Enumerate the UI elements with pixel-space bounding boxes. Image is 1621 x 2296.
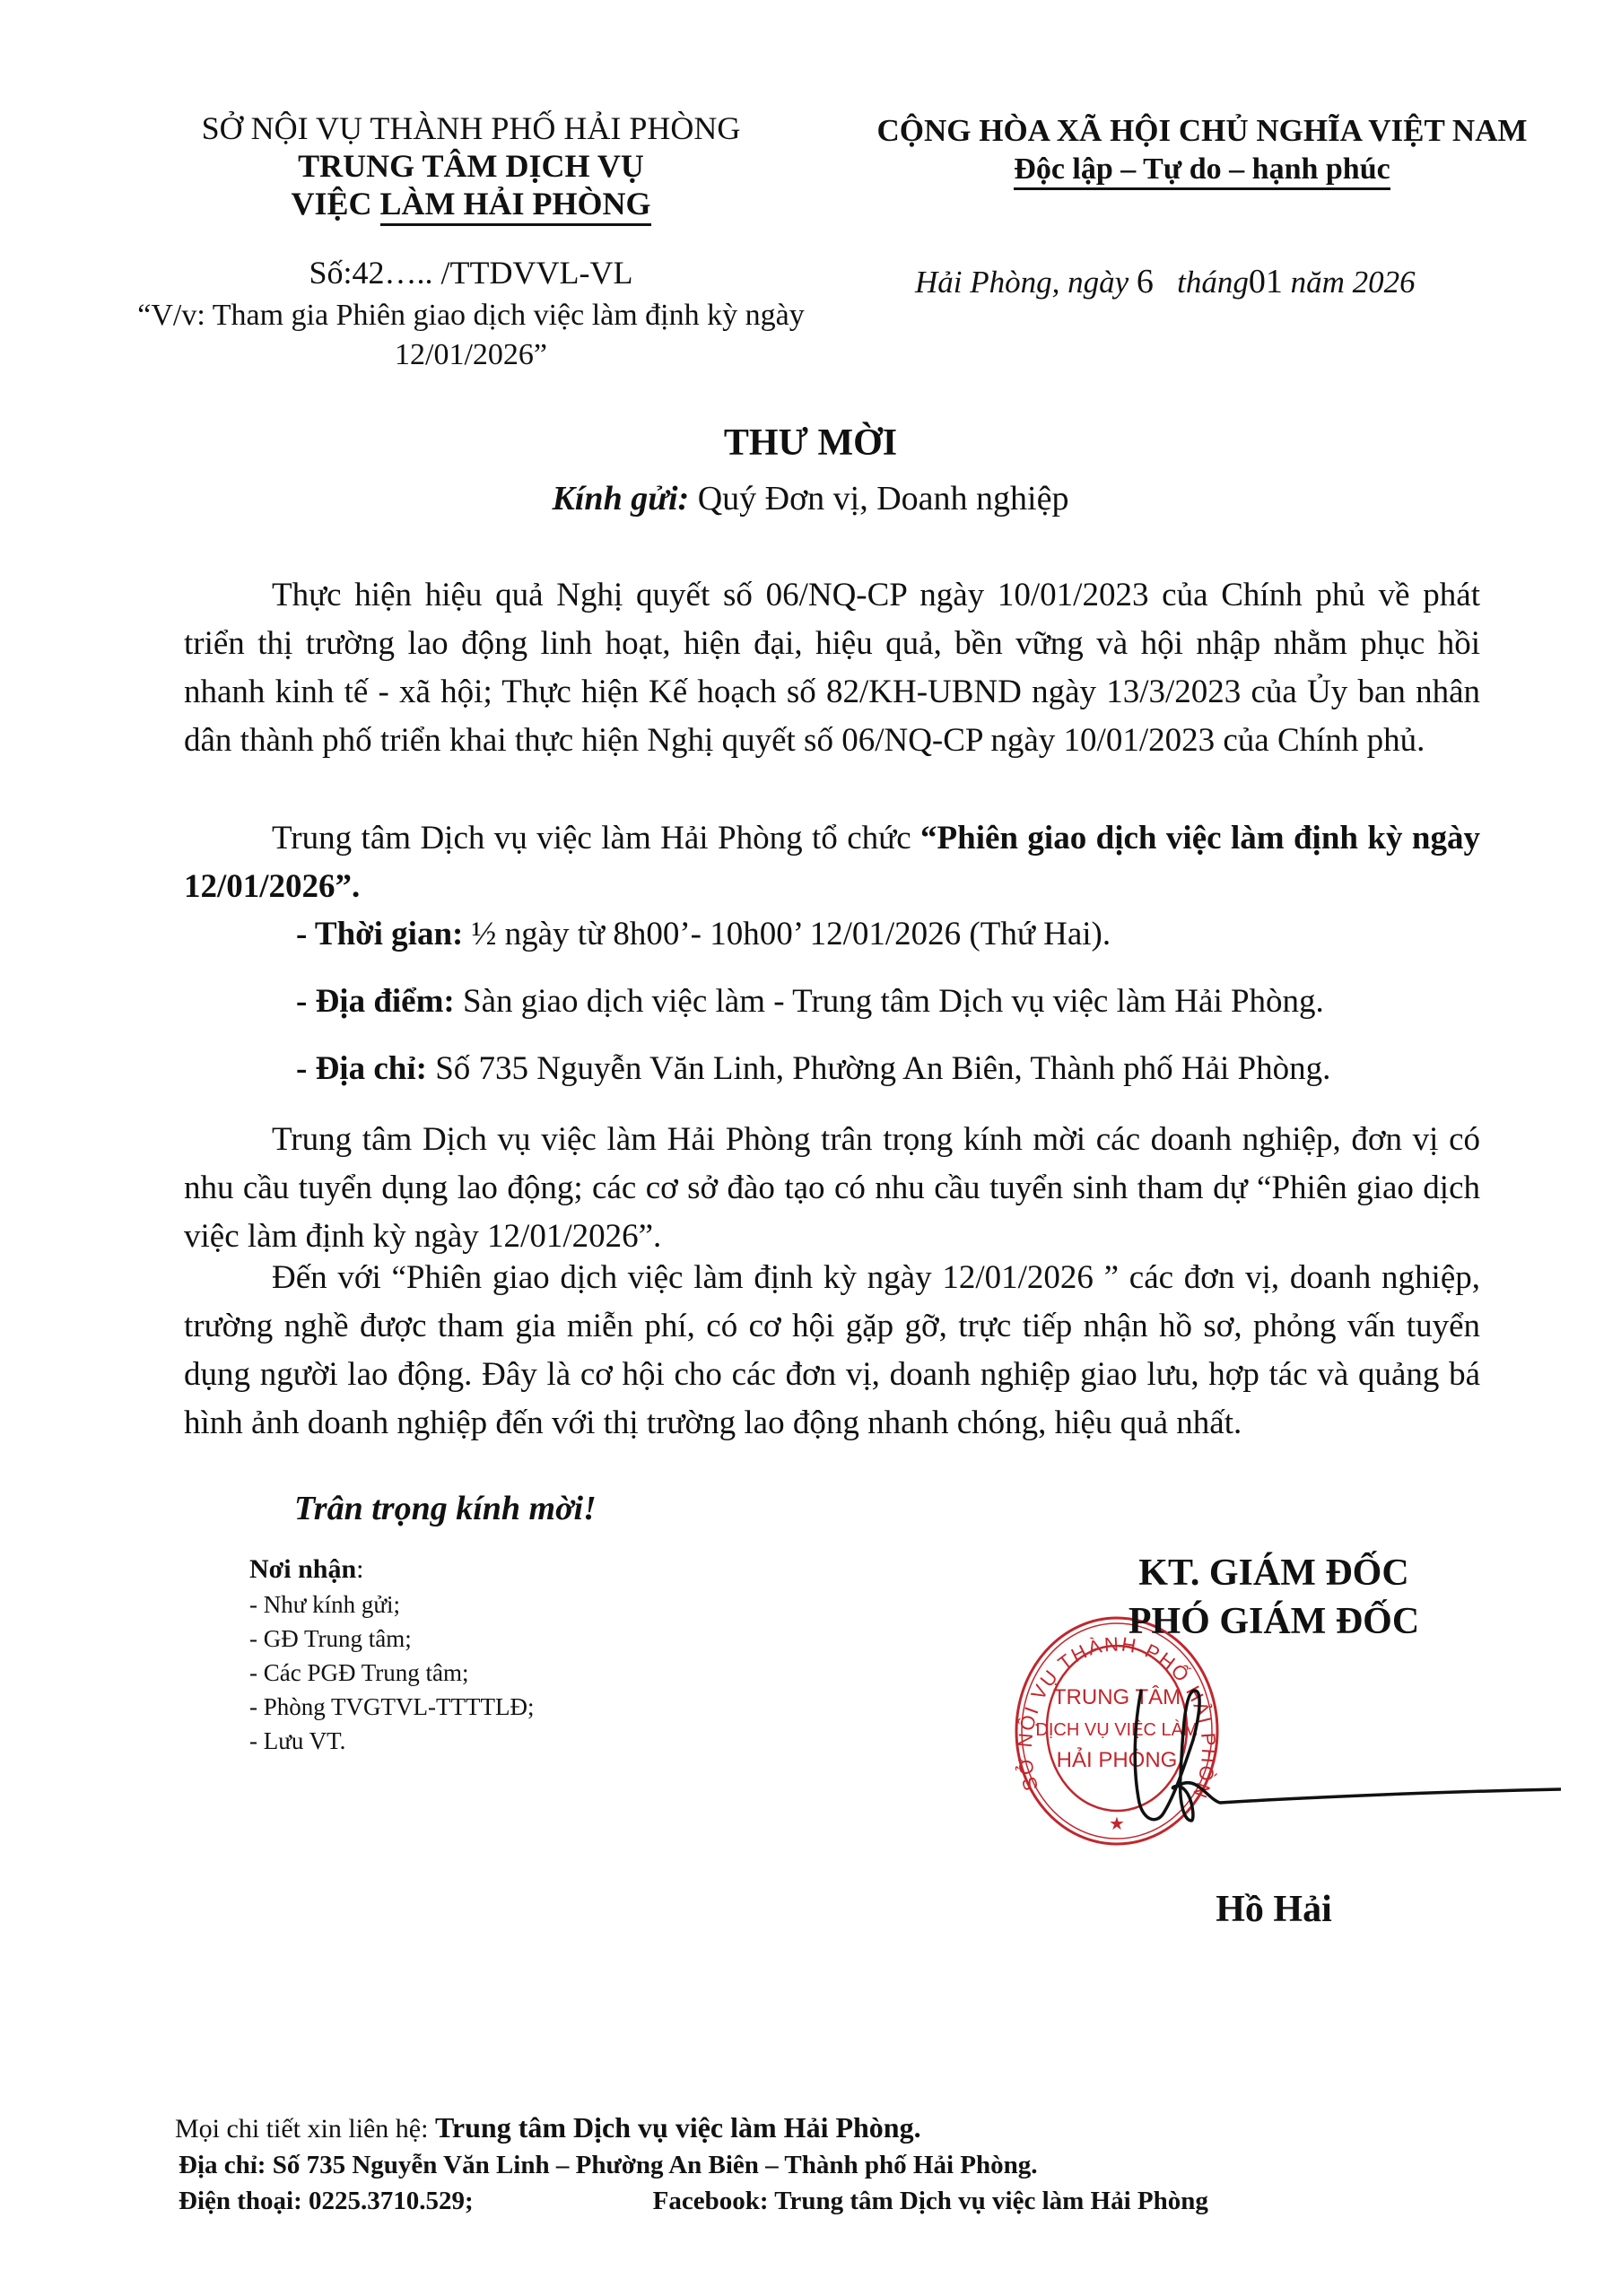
event-address: - Địa chỉ: Số 735 Nguyễn Văn Linh, Phườn…: [296, 1045, 1330, 1093]
contact-facebook: Facebook: Trung tâm Dịch vụ việc làm Hải…: [653, 2183, 1208, 2219]
signer-title-1: KT. GIÁM ĐỐC: [987, 1552, 1561, 1595]
distribution-item: - Phòng TVGTVL-TTTTLĐ;: [249, 1690, 534, 1724]
doc-number-suffix: ….. /TTDVVL-VL: [385, 255, 633, 291]
national-title: CỘNG HÒA XÃ HỘI CHỦ NGHĨA VIỆT NAM: [843, 111, 1561, 151]
national-motto: Độc lập – Tự do – hạnh phúc: [843, 151, 1561, 188]
contact-line: Mọi chi tiết xin liên hệ: Trung tâm Dịch…: [175, 2109, 1208, 2147]
contact-phone: Điện thoại: 0225.3710.529;: [179, 2187, 474, 2215]
signature-icon: [1112, 1686, 1561, 1848]
date-month-label: tháng: [1177, 265, 1249, 300]
signer-name: Hồ Hải: [987, 1888, 1561, 1931]
addressee: Kính gửi: Quý Đơn vị, Doanh nghiệp: [0, 479, 1621, 518]
body-paragraph-3: Trung tâm Dịch vụ việc làm Hải Phòng trâ…: [184, 1116, 1480, 1261]
org-name-line2-prefix: VIỆC: [291, 186, 379, 222]
org-name-line2-underlined: LÀM HẢI PHÒNG: [380, 186, 651, 226]
closing-phrase: Trân trọng kính mời!: [294, 1489, 597, 1528]
date-place: Hải Phòng, ngày: [915, 265, 1129, 300]
national-header: CỘNG HÒA XÃ HỘI CHỦ NGHĨA VIỆT NAM Độc l…: [843, 111, 1561, 188]
org-name-line2: VIỆC LÀM HẢI PHÒNG: [135, 185, 807, 222]
body-paragraph-1: Thực hiện hiệu quả Nghị quyết số 06/NQ-C…: [184, 571, 1480, 765]
distribution-heading: Nơi nhận:: [249, 1552, 534, 1587]
issuing-organization: SỞ NỘI VỤ THÀNH PHỐ HẢI PHÒNG TRUNG TÂM …: [135, 109, 807, 222]
signer-title-2: PHÓ GIÁM ĐỐC: [987, 1600, 1561, 1643]
doc-number-prefix: Số:: [309, 255, 353, 291]
distribution-item: - Các PGĐ Trung tâm;: [249, 1656, 534, 1690]
date-month: 01: [1249, 263, 1283, 300]
contact-address: Địa chỉ: Số 735 Nguyễn Văn Linh – Phường…: [175, 2147, 1208, 2183]
document-number: Số:42….. /TTDVVL-VL: [135, 253, 807, 292]
date-year: năm 2026: [1291, 265, 1416, 300]
date-day: 6: [1137, 263, 1154, 300]
distribution-item: - Như kính gửi;: [249, 1587, 534, 1622]
document-subject: “V/v: Tham gia Phiên giao dịch việc làm …: [135, 296, 807, 375]
distribution-item: - Lưu VT.: [249, 1724, 534, 1758]
body-paragraph-2: Trung tâm Dịch vụ việc làm Hải Phòng tổ …: [184, 814, 1480, 911]
contact-phone-facebook: Điện thoại: 0225.3710.529;Facebook: Trun…: [175, 2183, 1208, 2219]
addressee-value: Quý Đơn vị, Doanh nghiệp: [698, 480, 1069, 517]
contact-footer: Mọi chi tiết xin liên hệ: Trung tâm Dịch…: [175, 2109, 1208, 2219]
document-date: Hải Phòng, ngày 6 tháng01 năm 2026: [915, 262, 1416, 301]
contact-org: Trung tâm Dịch vụ việc làm Hải Phòng.: [435, 2111, 921, 2144]
addressee-label: Kính gửi:: [553, 480, 690, 517]
distribution-list: Nơi nhận: - Như kính gửi; - GĐ Trung tâm…: [249, 1552, 534, 1758]
event-location: - Địa điểm: Sàn giao dịch việc làm - Tru…: [296, 978, 1324, 1026]
doc-number-value: 42: [353, 255, 385, 291]
ministry-name: SỞ NỘI VỤ THÀNH PHỐ HẢI PHÒNG: [135, 109, 807, 147]
document-title: THƯ MỜI: [0, 422, 1621, 465]
event-time: - Thời gian: ½ ngày từ 8h00’- 10h00’ 12/…: [296, 910, 1111, 959]
org-name-line1: TRUNG TÂM DỊCH VỤ: [135, 147, 807, 185]
distribution-item: - GĐ Trung tâm;: [249, 1622, 534, 1656]
body-paragraph-4: Đến với “Phiên giao dịch việc làm định k…: [184, 1254, 1480, 1448]
